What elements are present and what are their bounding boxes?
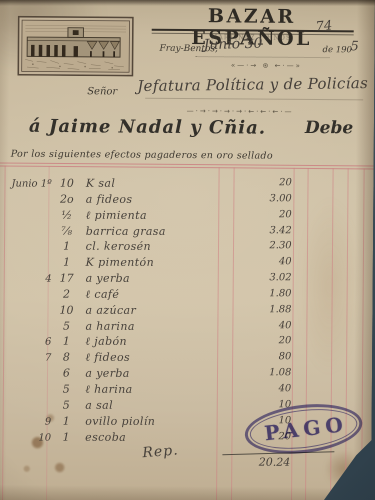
row-date: 7 xyxy=(9,353,53,364)
row-item: a azúcar xyxy=(79,303,136,316)
debe-label: Debe xyxy=(305,118,353,138)
row-qty: 1 xyxy=(53,430,79,443)
date-rule xyxy=(196,56,330,58)
debtor-line: á Jaime Nadal y Cñia. xyxy=(29,116,266,139)
row-item: cl. kerosén xyxy=(80,240,151,253)
row-amount: 1.80 xyxy=(236,288,292,299)
row-qty: 2o xyxy=(54,193,80,206)
row-item: a harina xyxy=(79,319,134,332)
table-row: 2ℓ café1.80 xyxy=(0,287,373,304)
row-item: K pimentón xyxy=(80,256,154,269)
terms-line: Por los siguientes efectos pagaderos en … xyxy=(11,149,273,162)
row-item: a yerba xyxy=(79,367,129,380)
table-row: ⅞barrica grasa3.42 xyxy=(0,224,373,241)
table-row: 1cl. kerosén2.30 xyxy=(0,240,373,257)
row-qty: 2 xyxy=(54,288,80,301)
row-qty: 5 xyxy=(53,383,79,396)
ledger-rule-horizontal xyxy=(0,166,374,170)
row-qty: ⅞ xyxy=(54,224,80,237)
row-qty: 1 xyxy=(53,414,79,427)
table-row: 5a harina40 xyxy=(0,319,372,336)
row-amount: 3.42 xyxy=(236,225,292,236)
row-qty: 10 xyxy=(54,177,80,190)
row-qty: 8 xyxy=(53,351,79,364)
row-qty: 6 xyxy=(53,367,79,380)
row-qty: 10 xyxy=(53,303,79,316)
storefront-engraving-icon xyxy=(16,16,134,77)
table-row: 61ℓ jabón20 xyxy=(0,335,372,352)
table-row: 6a yerba1.08 xyxy=(0,367,372,384)
row-amount: 1.08 xyxy=(235,367,291,378)
row-item: ℓ café xyxy=(80,288,120,301)
table-row: 1K pimentón40 xyxy=(0,256,373,273)
row-qty: 5 xyxy=(53,398,79,411)
table-row: 10a azúcar1.88 xyxy=(0,303,373,320)
row-item: ℓ jabón xyxy=(79,335,127,348)
ornament-divider-icon: —·→·→·→·→·←·←·←·— xyxy=(115,106,365,116)
row-item: K sal xyxy=(80,177,115,190)
row-item: ℓ fideos xyxy=(79,351,130,364)
row-item: barrica grasa xyxy=(80,224,166,237)
row-qty: 1 xyxy=(54,240,80,253)
row-date: 4 xyxy=(10,274,54,285)
photo-backdrop: BAZAR ESPAÑOL MARTINEZ Y HNOS. 74 Fray-B… xyxy=(0,0,375,500)
row-amount: 20 xyxy=(235,336,291,347)
row-qty: 5 xyxy=(53,319,79,332)
addressee-rule xyxy=(145,98,363,101)
row-qty: ½ xyxy=(54,208,80,221)
row-date: 6 xyxy=(9,337,53,348)
row-amount: 40 xyxy=(236,256,292,267)
row-item: a yerba xyxy=(80,272,130,285)
row-amount: 20 xyxy=(236,177,292,188)
row-item: ovillo piolín xyxy=(79,414,155,427)
ornament-divider-icon: «—·→ ⊛ ←·—» xyxy=(181,61,351,70)
row-qty: 17 xyxy=(54,272,80,285)
handwritten-date: Junio 30 xyxy=(203,36,262,54)
folio-number: 74 xyxy=(315,18,333,35)
row-item: escoba xyxy=(79,430,126,443)
row-qty: 1 xyxy=(53,335,79,348)
handwritten-year: 5 xyxy=(351,39,359,54)
invoice-paper: BAZAR ESPAÑOL MARTINEZ Y HNOS. 74 Fray-B… xyxy=(0,0,375,500)
row-amount: 40 xyxy=(235,383,291,394)
row-item: a sal xyxy=(79,399,113,412)
table-row: 78ℓ fideos80 xyxy=(0,351,372,368)
table-row: 417a yerba3.02 xyxy=(0,272,373,289)
handwritten-signature: Rep. xyxy=(142,442,179,461)
row-date: Junio 1º xyxy=(10,179,54,190)
row-amount: 80 xyxy=(235,351,291,362)
row-amount: 2.30 xyxy=(236,241,292,252)
row-amount: 3.00 xyxy=(236,193,292,204)
row-qty: 1 xyxy=(54,256,80,269)
row-item: a fideos xyxy=(80,193,133,206)
table-row: 2oa fideos3.00 xyxy=(0,192,373,209)
table-row: ½ℓ pimienta20 xyxy=(0,208,373,225)
senor-label: Señor xyxy=(87,86,117,97)
row-item: ℓ harina xyxy=(79,383,132,396)
year-label: de 190 xyxy=(323,45,352,55)
table-row: 5ℓ harina40 xyxy=(0,382,372,399)
row-amount: 20 xyxy=(236,209,292,220)
row-amount: 40 xyxy=(235,320,291,331)
table-row: Junio 1º10K sal20 xyxy=(0,177,373,194)
row-amount: 3.02 xyxy=(236,272,292,283)
row-date: 9 xyxy=(9,416,53,427)
row-amount: 1.88 xyxy=(235,304,291,315)
handwritten-addressee: Jefatura Política y de Policías xyxy=(137,74,373,95)
row-date: 10 xyxy=(9,432,53,443)
row-item: ℓ pimienta xyxy=(80,208,147,221)
